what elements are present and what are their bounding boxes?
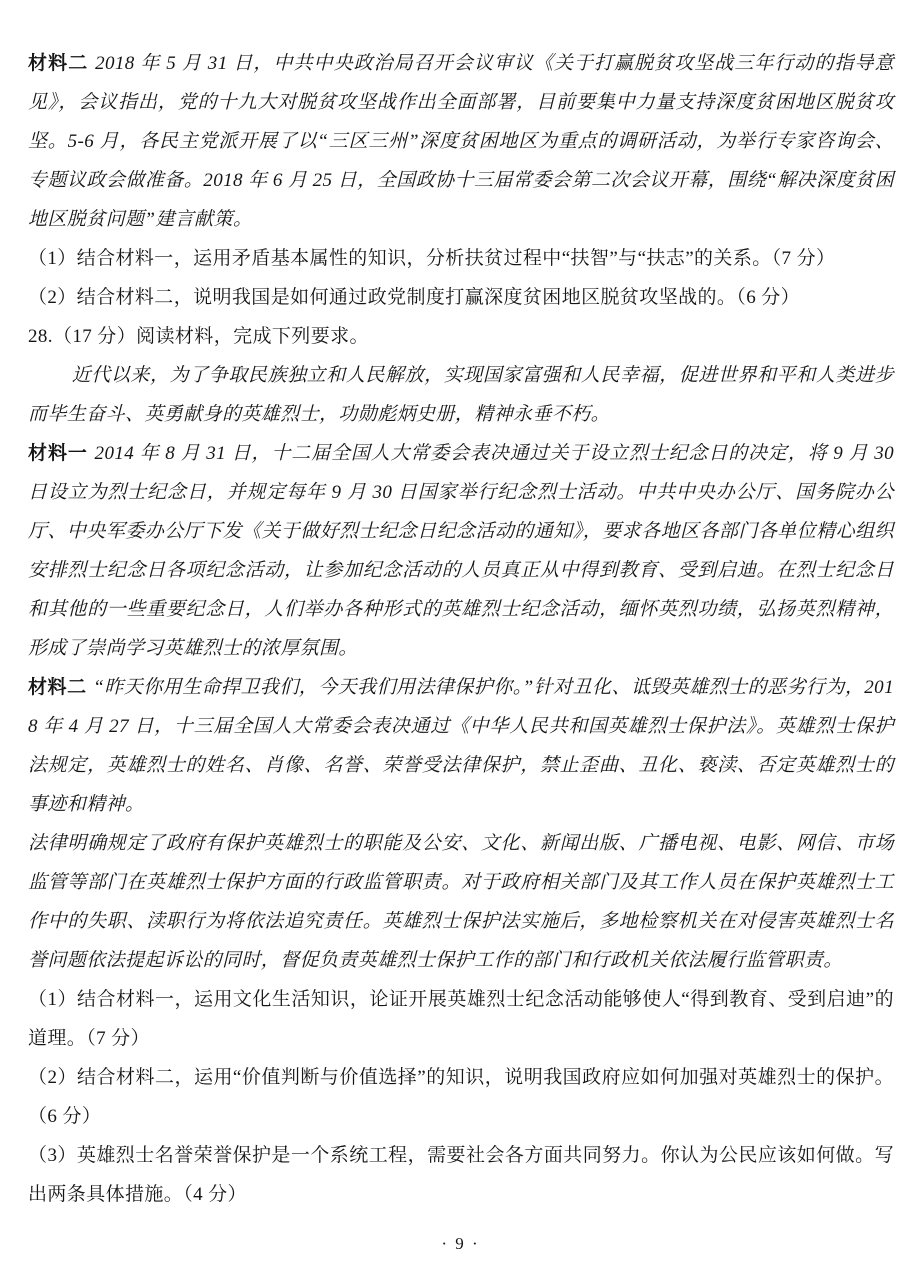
q28-law-paragraph: 法律明确规定了政府有保护英雄烈士的职能及公安、文化、新闻出版、广播电视、电影、网… — [28, 824, 894, 980]
exam-paper-page: 材料二2018 年 5 月 31 日，中共中央政治局召开会议审议《关于打赢脱贫攻… — [0, 0, 921, 1276]
q27-question-2: （2）结合材料二，说明我国是如何通过政党制度打赢深度贫困地区脱贫攻坚战的。（6 … — [28, 278, 894, 317]
page-content: 材料二2018 年 5 月 31 日，中共中央政治局召开会议审议《关于打赢脱贫攻… — [0, 0, 921, 1214]
q27-material2-paragraph: 材料二2018 年 5 月 31 日，中共中央政治局召开会议审议《关于打赢脱贫攻… — [28, 44, 894, 239]
material2-text: 2018 年 5 月 31 日，中共中央政治局召开会议审议《关于打赢脱贫攻坚战三… — [28, 53, 894, 230]
material1-label: 材料一 — [28, 443, 88, 464]
q28-material2-paragraph: 材料二“昨天你用生命捍卫我们，今天我们用法律保护你。”针对丑化、诋毁英雄烈士的恶… — [28, 668, 894, 824]
material1-text: 2014 年 8 月 31 日，十二届全国人大常委会表决通过关于设立烈士纪念日的… — [28, 443, 894, 659]
q28-question-3: （3）英雄烈士名誉荣誉保护是一个系统工程，需要社会各方面共同努力。你认为公民应该… — [28, 1136, 894, 1214]
q28-question-2: （2）结合材料二，运用“价值判断与价值选择”的知识，说明我国政府应如何加强对英雄… — [28, 1058, 894, 1136]
material2-text: “昨天你用生命捍卫我们，今天我们用法律保护你。”针对丑化、诋毁英雄烈士的恶劣行为… — [28, 677, 894, 815]
q28-question-1: （1）结合材料一，运用文化生活知识，论证开展英雄烈士纪念活动能够使人“得到教育、… — [28, 980, 894, 1058]
q27-question-1: （1）结合材料一，运用矛盾基本属性的知识，分析扶贫过程中“扶智”与“扶志”的关系… — [28, 239, 894, 278]
q28-intro-paragraph: 近代以来，为了争取民族独立和人民解放，实现国家富强和人民幸福，促进世界和平和人类… — [28, 356, 894, 434]
page-number: · 9 · — [0, 1234, 921, 1254]
material2-label: 材料二 — [28, 677, 87, 698]
q28-material1-paragraph: 材料一2014 年 8 月 31 日，十二届全国人大常委会表决通过关于设立烈士纪… — [28, 434, 894, 668]
q28-heading: 28.（17 分）阅读材料，完成下列要求。 — [28, 317, 894, 356]
material2-label: 材料二 — [28, 53, 88, 74]
